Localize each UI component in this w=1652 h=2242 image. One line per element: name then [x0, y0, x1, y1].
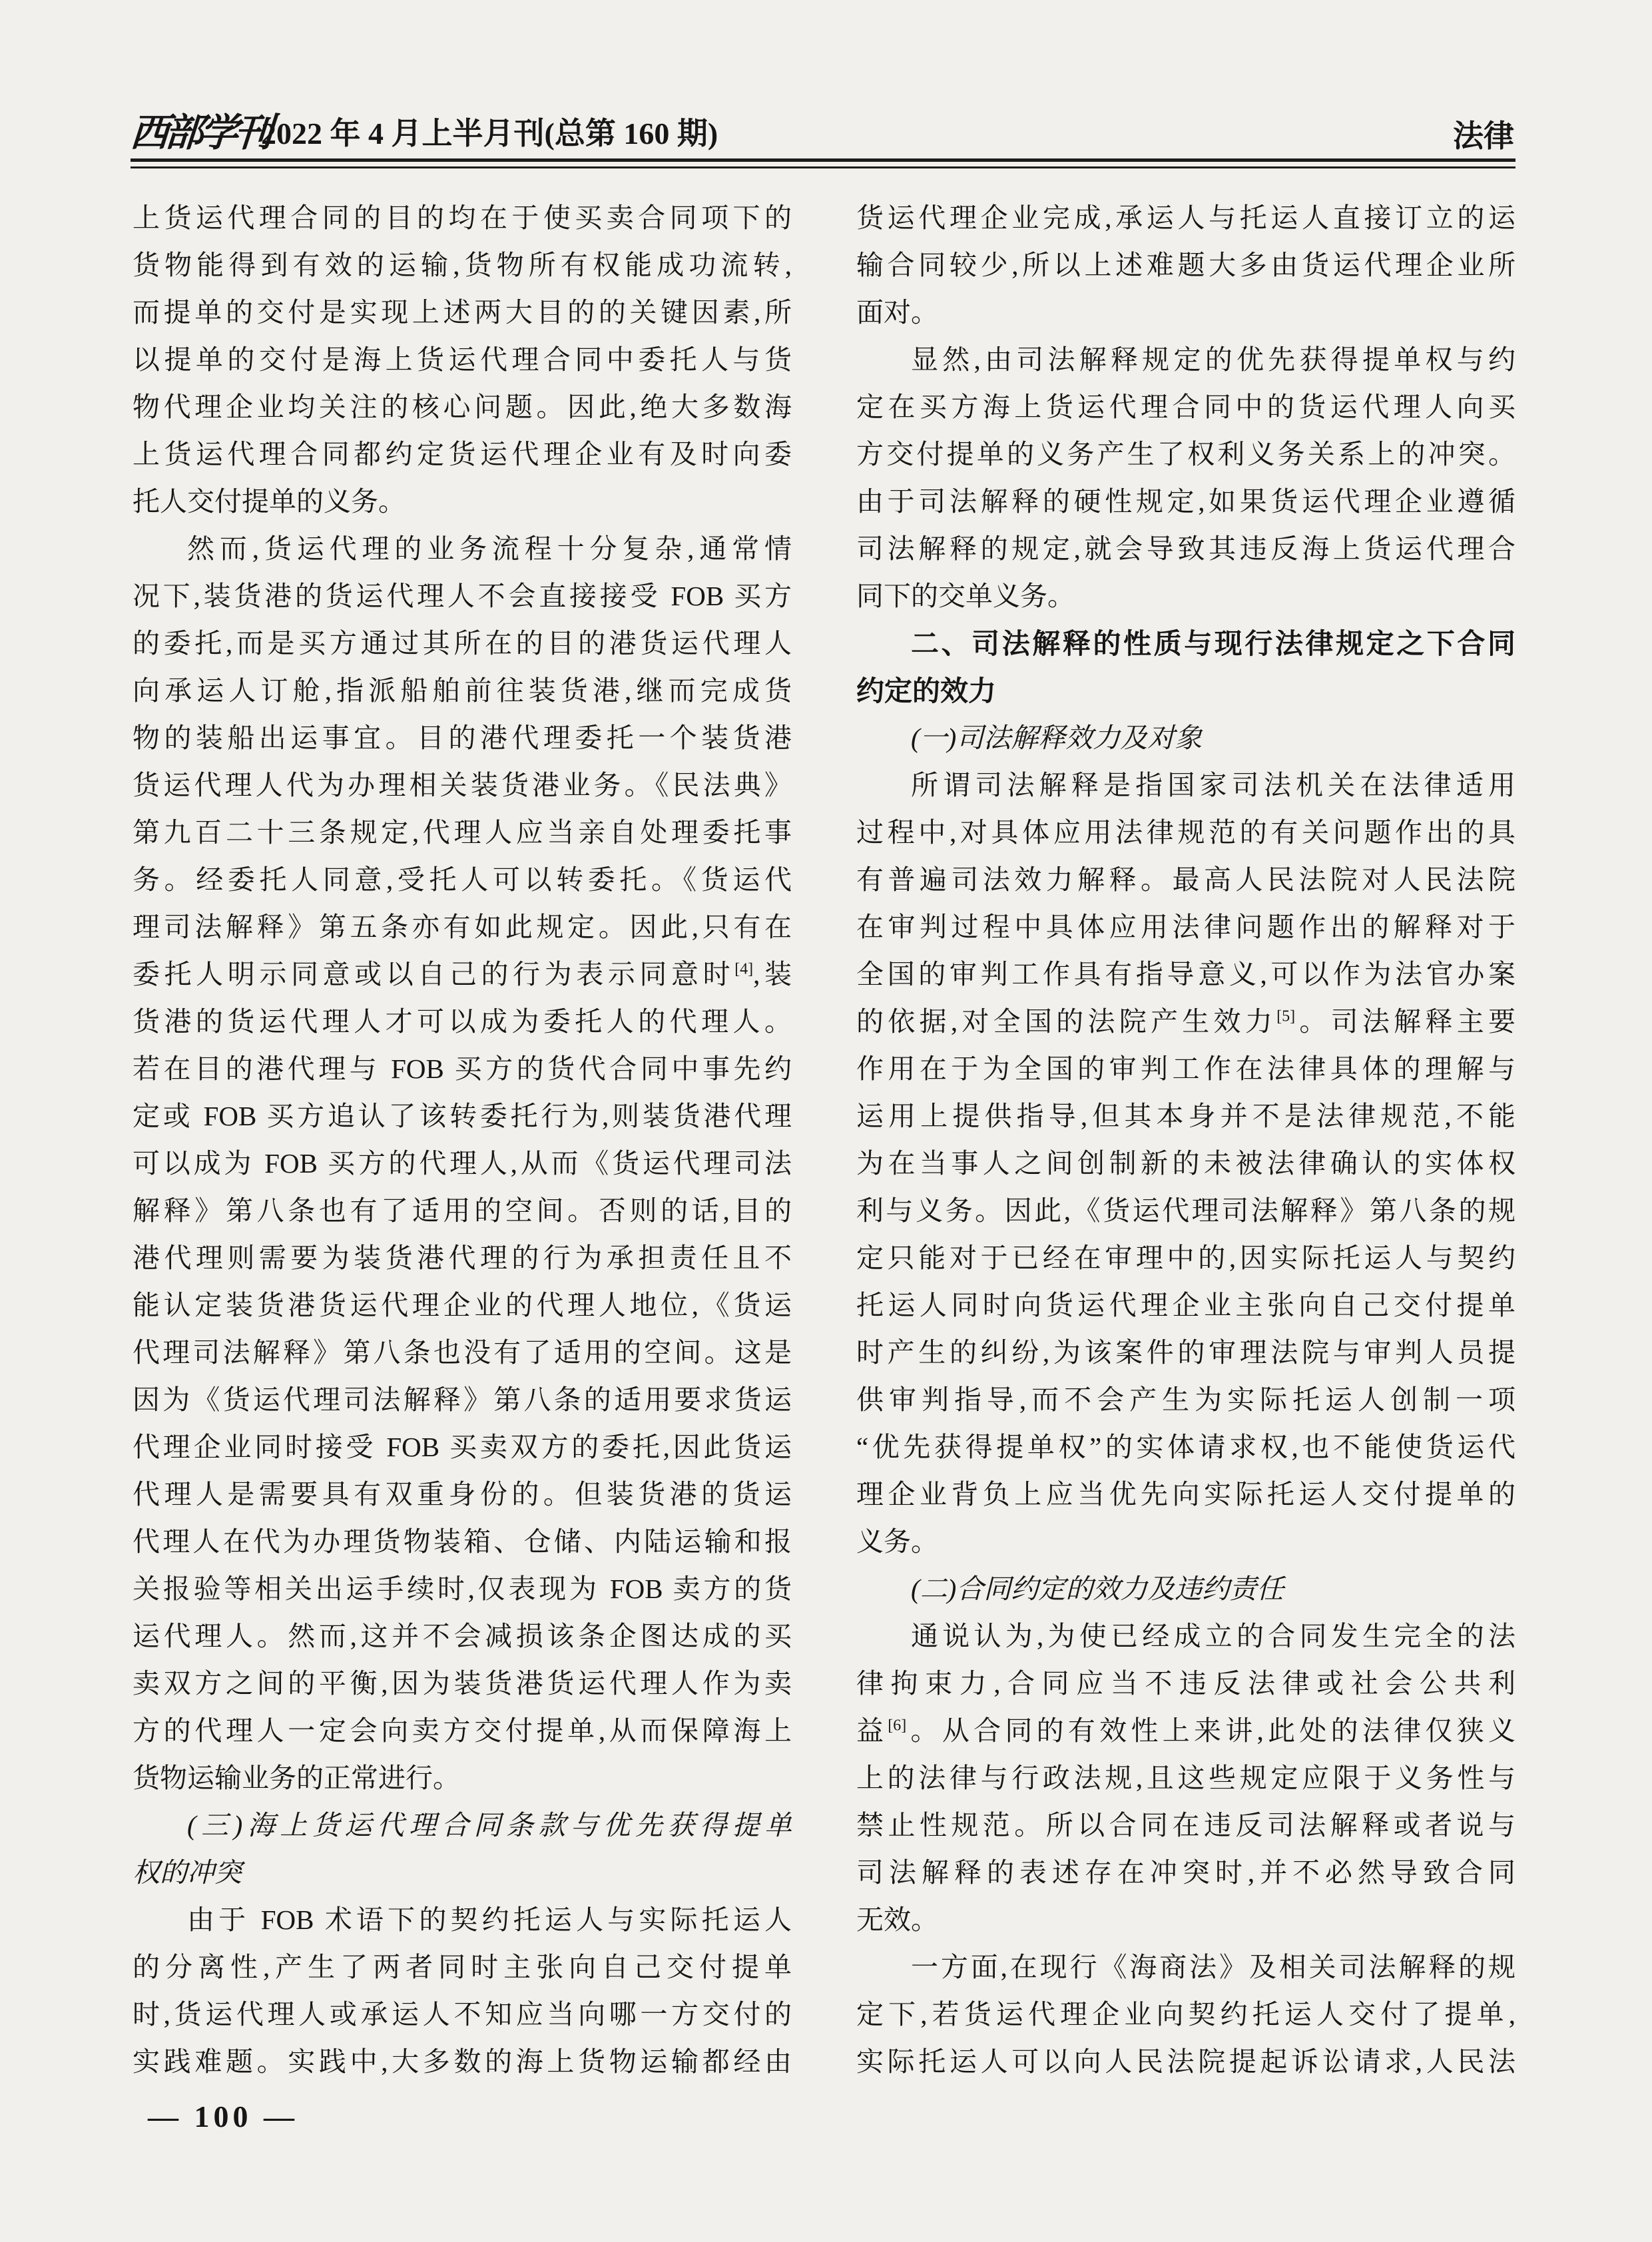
text-line: 义务。	[856, 1518, 1515, 1565]
text-line: (一)司法解释效力及对象	[856, 714, 1515, 762]
header-rule-thin	[131, 166, 1515, 168]
text-line: 第九百二十三条规定,代理人应当亲自处理委托事	[133, 809, 792, 856]
text-line: 律拘束力,合同应当不违反法律或社会公共利	[856, 1660, 1515, 1707]
text-line: 委托人明示同意或以自己的行为表示同意时[4],装	[133, 951, 792, 998]
text-line: 由于司法解释的硬性规定,如果货运代理企业遵循	[856, 478, 1515, 525]
text-line: 实践难题。实践中,大多数的海上货物运输都经由	[133, 2038, 792, 2086]
text-line: 约定的效力	[856, 667, 1515, 714]
text-line: (二)合同约定的效力及违约责任	[856, 1565, 1515, 1613]
text-line: 为在当事人之间创制新的未被法律确认的实体权	[856, 1140, 1515, 1187]
text-line: 由于 FOB 术语下的契约托运人与实际托运人	[133, 1896, 792, 1944]
text-line: 因为《货运代理司法解释》第八条的适用要求货运	[133, 1376, 792, 1424]
text-line: 有普遍司法效力解释。最高人民法院对人民法院	[856, 856, 1515, 904]
text-line: 禁止性规范。所以合同在违反司法解释或者说与	[856, 1802, 1515, 1849]
text-line: 定在买方海上货运代理合同中的货运代理人向买	[856, 384, 1515, 431]
header-rule	[131, 158, 1515, 168]
text-line: 定下,若货运代理企业向契约托运人交付了提单,	[856, 1991, 1515, 2038]
text-line: 代理人在代为办理货物装箱、仓储、内陆运输和报	[133, 1518, 792, 1565]
text-line: 物的装船出运事宜。目的港代理委托一个装货港	[133, 714, 792, 762]
issue-info: 2022 年 4 月上半月刊(总第 160 期)	[261, 109, 718, 153]
text-line: 港代理则需要为装货港代理的行为承担责任且不	[133, 1235, 792, 1282]
text-line: 可以成为 FOB 买方的代理人,从而《货运代理司法	[133, 1140, 792, 1187]
footnote-ref: [4]	[734, 960, 753, 978]
page-number: — 100 —	[148, 2099, 298, 2134]
text-line: 二、司法解释的性质与现行法律规定之下合同	[856, 620, 1515, 667]
text-line: 向承运人订舱,指派船舶前往装货港,继而完成货	[133, 667, 792, 714]
text-line: 作用在于为全国的审判工作在法律具体的理解与	[856, 1045, 1515, 1093]
text-line: 代理司法解释》第八条也没有了适用的空间。这是	[133, 1329, 792, 1376]
right-column: 货运代理企业完成,承运人与托运人直接订立的运输合同较少,所以上述难题大多由货运代…	[856, 194, 1515, 2086]
text-line: 若在目的港代理与 FOB 买方的货代合同中事先约	[133, 1045, 792, 1093]
text-line: 能认定装货港货运代理企业的代理人地位,《货运	[133, 1282, 792, 1329]
text-line: 输合同较少,所以上述难题大多由货运代理企业所	[856, 242, 1515, 289]
text-line: 同下的交单义务。	[856, 573, 1515, 620]
text-line: 面对。	[856, 289, 1515, 336]
section-label: 法律	[1453, 112, 1514, 156]
text-line: 上货运代理合同的目的均在于使买卖合同项下的	[133, 194, 792, 242]
text-line: 卖双方之间的平衡,因为装货港货运代理人作为卖	[133, 1660, 792, 1707]
text-line: 定只能对于已经在审理中的,因实际托运人与契约	[856, 1235, 1515, 1282]
text-line: 所谓司法解释是指国家司法机关在法律适用	[856, 762, 1515, 809]
text-line: 方交付提单的义务产生了权利义务关系上的冲突。	[856, 431, 1515, 478]
text-line: 一方面,在现行《海商法》及相关司法解释的规	[856, 1944, 1515, 1991]
text-line: 货港的货运代理人才可以成为委托人的代理人。	[133, 998, 792, 1045]
text-line: 理司法解释》第五条亦有如此规定。因此,只有在	[133, 904, 792, 951]
text-line: 的分离性,产生了两者同时主张向自己交付提单	[133, 1944, 792, 1991]
text-line: 司法解释的规定,就会导致其违反海上货运代理合	[856, 525, 1515, 573]
text-line: 通说认为,为使已经成立的合同发生完全的法	[856, 1613, 1515, 1660]
text-line: 权的冲突	[133, 1849, 792, 1896]
header-rule-thick	[131, 158, 1515, 162]
left-column: 上货运代理合同的目的均在于使买卖合同项下的货物能得到有效的运输,货物所有权能成功…	[133, 194, 792, 2086]
text-line: 司法解释的表述存在冲突时,并不必然导致合同	[856, 1849, 1515, 1896]
text-line: 理企业背负上应当优先向实际托运人交付提单的	[856, 1471, 1515, 1518]
text-line: 以提单的交付是海上货运代理合同中委托人与货	[133, 336, 792, 384]
text-line: 上的法律与行政法规,且这些规定应限于义务性与	[856, 1755, 1515, 1802]
text-line: 务。经委托人同意,受托人可以转委托。《货运代	[133, 856, 792, 904]
text-line: (三)海上货运代理合同条款与优先获得提单	[133, 1802, 792, 1849]
journal-logo: 西部学刊	[129, 101, 271, 157]
text-line: 过程中,对具体应用法律规范的有关问题作出的具	[856, 809, 1515, 856]
footnote-ref: [5]	[1276, 1007, 1295, 1025]
text-line: 托人交付提单的义务。	[133, 478, 792, 525]
text-line: 代理企业同时接受 FOB 买卖双方的委托,因此货运	[133, 1424, 792, 1471]
text-line: 方的代理人一定会向卖方交付提单,从而保障海上	[133, 1707, 792, 1755]
footnote-ref: [6]	[888, 1717, 906, 1734]
text-line: 时产生的纠纷,为该案件的审理法院与审判人员提	[856, 1329, 1515, 1376]
text-line: 实际托运人可以向人民法院提起诉讼请求,人民法	[856, 2038, 1515, 2086]
text-line: 益[6]。从合同的有效性上来讲,此处的法律仅狭义	[856, 1707, 1515, 1755]
text-line: 无效。	[856, 1896, 1515, 1944]
text-line: 运用上提供指导,但其本身并不是法律规范,不能	[856, 1093, 1515, 1140]
text-line: 况下,装货港的货运代理人不会直接接受 FOB 买方	[133, 573, 792, 620]
text-line: 托运人同时向货运代理企业主张向自己交付提单	[856, 1282, 1515, 1329]
text-line: 解释》第八条也有了适用的空间。否则的话,目的	[133, 1187, 792, 1235]
text-line: 货运代理企业完成,承运人与托运人直接订立的运	[856, 194, 1515, 242]
text-line: 在审判过程中具体应用法律问题作出的解释对于	[856, 904, 1515, 951]
text-line: 时,货运代理人或承运人不知应当向哪一方交付的	[133, 1991, 792, 2038]
text-line: “优先获得提单权”的实体请求权,也不能使货运代	[856, 1424, 1515, 1471]
text-line: 货物运输业务的正常进行。	[133, 1755, 792, 1802]
text-line: 关报验等相关出运手续时,仅表现为 FOB 卖方的货	[133, 1565, 792, 1613]
text-line: 然而,货运代理的业务流程十分复杂,通常情	[133, 525, 792, 573]
text-line: 运代理人。然而,这并不会减损该条企图达成的买	[133, 1613, 792, 1660]
text-line: 的依据,对全国的法院产生效力[5]。司法解释主要	[856, 998, 1515, 1045]
text-line: 货物能得到有效的运输,货物所有权能成功流转,	[133, 242, 792, 289]
text-line: 的委托,而是买方通过其所在的目的港货运代理人	[133, 620, 792, 667]
text-line: 全国的审判工作具有指导意义,可以作为法官办案	[856, 951, 1515, 998]
text-line: 代理人是需要具有双重身份的。但装货港的货运	[133, 1471, 792, 1518]
text-line: 上货运代理合同都约定货运代理企业有及时向委	[133, 431, 792, 478]
text-line: 显然,由司法解释规定的优先获得提单权与约	[856, 336, 1515, 384]
journal-page: 西部学刊 2022 年 4 月上半月刊(总第 160 期) 法律 上货运代理合同…	[0, 0, 1652, 2242]
text-line: 供审判指导,而不会产生为实际托运人创制一项	[856, 1376, 1515, 1424]
text-line: 利与义务。因此,《货运代理司法解释》第八条的规	[856, 1187, 1515, 1235]
text-line: 定或 FOB 买方追认了该转委托行为,则装货港代理	[133, 1093, 792, 1140]
text-line: 物代理企业均关注的核心问题。因此,绝大多数海	[133, 384, 792, 431]
text-line: 而提单的交付是实现上述两大目的的关键因素,所	[133, 289, 792, 336]
text-line: 货运代理人代为办理相关装货港业务。《民法典》	[133, 762, 792, 809]
